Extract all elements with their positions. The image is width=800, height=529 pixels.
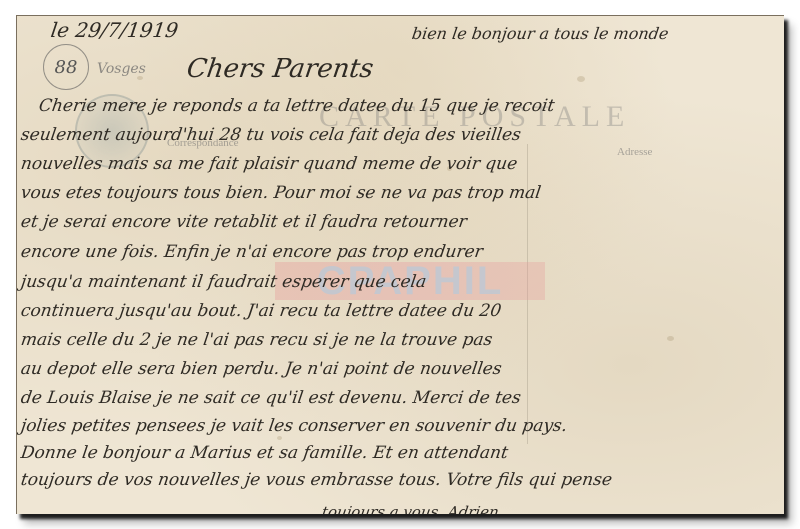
signature: toujours a vous. Adrien: [321, 503, 500, 514]
letter-date: le 29/7/1919: [49, 18, 180, 42]
letter-line: toujours de vos nouvelles je vous embras…: [20, 470, 614, 490]
letter-line: de Louis Blaise je ne sait ce qu'il est …: [20, 388, 523, 408]
letter-line: Donne le bonjour a Marius et sa famille.…: [20, 443, 510, 463]
letter-line: seulement aujourd'hui 28 tu vois cela fa…: [20, 125, 523, 145]
letter-line: au depot elle sera bien perdu. Je n'ai p…: [20, 359, 503, 379]
letter-line: nouvelles mais sa me fait plaisir quand …: [20, 154, 519, 174]
department-number-circle: 88: [43, 44, 89, 90]
letter-line: mais celle du 2 je ne l'ai pas recu si j…: [20, 330, 494, 350]
top-note: bien le bonjour a tous le monde: [411, 24, 670, 43]
greeting: Chers Parents: [185, 54, 375, 84]
paper-speck: [277, 436, 282, 440]
letter-line: jusqu'a maintenant il faudrait esperer q…: [20, 272, 428, 292]
letter-line: Cherie mere je reponds a ta lettre datee…: [38, 96, 556, 116]
pencil-note: Vosges: [97, 61, 146, 77]
postcard: CARTE POSTALE Correspondance Adresse CPA…: [16, 15, 784, 514]
letter-line: jolies petites pensees je vait les conse…: [20, 416, 569, 436]
letter-line: encore une fois. Enfin je n'ai encore pa…: [20, 242, 485, 262]
letter-line: vous etes toujours tous bien. Pour moi s…: [20, 183, 543, 203]
letter-line: continuera jusqu'au bout. J'ai recu ta l…: [20, 301, 503, 321]
letter-line: et je serai encore vite retablit et il f…: [20, 212, 469, 232]
paper-speck: [667, 336, 674, 341]
paper-speck: [577, 76, 585, 82]
printed-adresse-label: Adresse: [617, 146, 652, 158]
